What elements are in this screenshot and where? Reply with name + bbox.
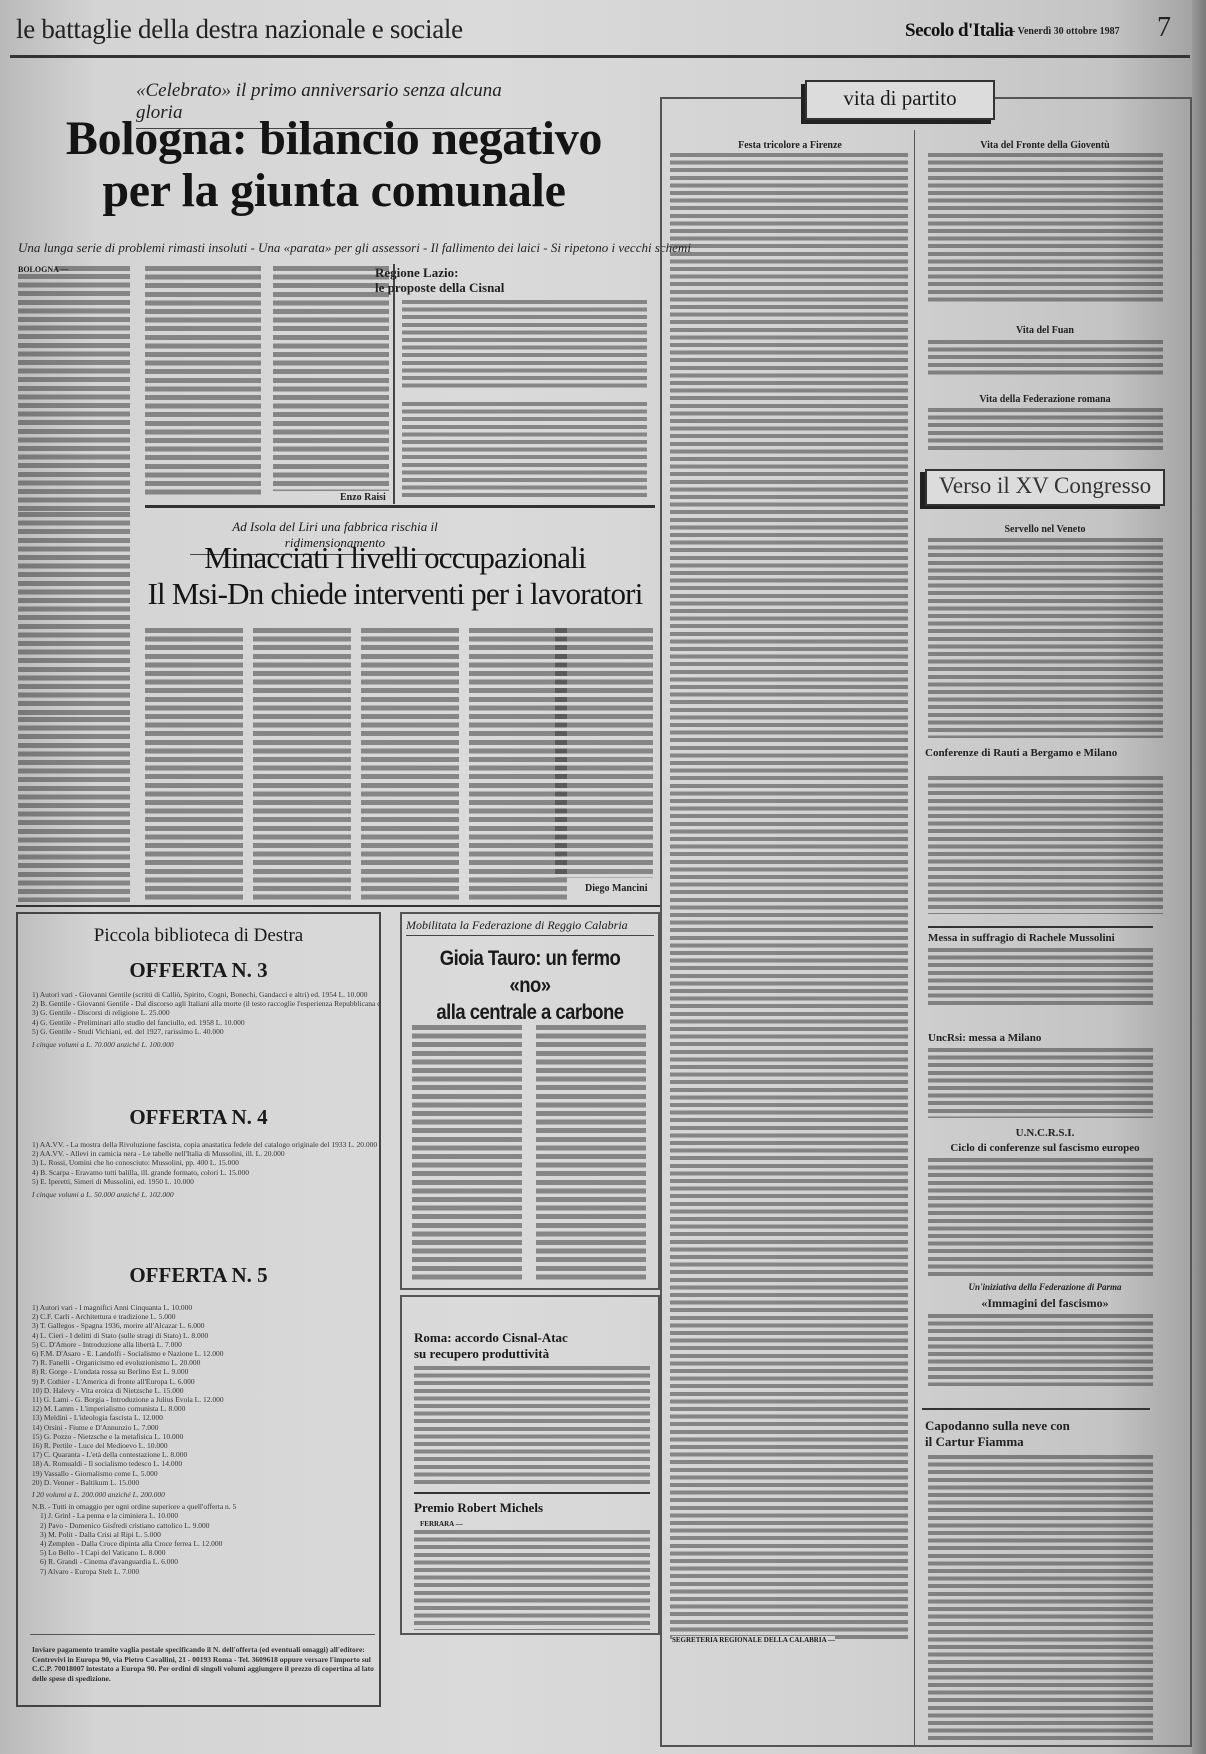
vita-di-partito-label: vita di partito: [805, 86, 995, 111]
offer-item: 15) G. Pozzo - Nietzsche e la metafisica…: [32, 1432, 380, 1441]
lazio-headline-line1: Regione Lazio:: [375, 265, 504, 280]
offer-3-heading: OFFERTA N. 3: [16, 958, 381, 983]
fuan-heading: Vita del Fuan: [925, 325, 1165, 336]
offer-item: 7) R. Fanelli - Organicismo ed evoluzion…: [32, 1358, 380, 1367]
offer-item: 4) G. Gentile - Preliminari allo studio …: [32, 1018, 380, 1027]
offer-item: 13) Meldini - L'ideologia fascista L. 12…: [32, 1413, 380, 1422]
capodanno-text: [928, 1455, 1153, 1740]
offer-item: 3) G. Gentile - Discorsi di religione L.…: [32, 1008, 380, 1017]
isola-headline: Minacciati i livelli occupazionali Il Ms…: [130, 540, 660, 612]
page-edge: [1192, 0, 1206, 1754]
offer-item: 9) P. Cothier - L'America di fronte all'…: [32, 1377, 380, 1386]
servello-heading: Servello nel Veneto: [925, 524, 1165, 535]
offer-item: 4) B. Scarpa - Eravamo tutti balilla, il…: [32, 1168, 380, 1177]
isola-column-4: [469, 628, 567, 900]
uncrsi-messa-text: [928, 1048, 1153, 1118]
offer-item: 8) R. Gorge - L'ondata rossa su Berlino …: [32, 1367, 380, 1376]
offer-item: 18) A. Romualdi - Il socialismo tedesco …: [32, 1459, 380, 1468]
offer-item: 19) Vassallo - Giornalismo come L. 5.000: [32, 1469, 380, 1478]
gioia-headline-line1: Gioia Tauro: un fermo «no»: [421, 945, 639, 999]
gioia-headline: Gioia Tauro: un fermo «no» alla centrale…: [421, 945, 639, 1026]
rachele-text: [928, 948, 1153, 1006]
offer-item: 5) E. Iperetti, Simeri di Mussolini, ed.…: [32, 1177, 380, 1186]
isola-headline-line2: Il Msi-Dn chiede interventi per i lavora…: [130, 576, 660, 612]
omaggi-header: N.B. - Tutti in omaggio per ogni ordine …: [32, 1502, 380, 1511]
capodanno-heading: Capodanno sulla neve con il Cartur Fiamm…: [925, 1418, 1075, 1450]
calabria-segreteria: SEGRETERIA REGIONALE DELLA CALABRIA —: [672, 1636, 835, 1644]
offer-item: 4) L. Cieri - I delitti di Stato (sulle …: [32, 1331, 380, 1340]
omaggio-item: 2) Pavo - Domenico Gisfredi cristiano ca…: [32, 1521, 380, 1530]
roma-text: [414, 1366, 650, 1484]
servello-text: [928, 538, 1163, 738]
rauti-text: [928, 776, 1163, 914]
festa-tricolore-heading: Festa tricolore a Firenze: [670, 140, 910, 151]
section-kicker: le battaglie della destra nazionale e so…: [16, 14, 463, 45]
offer-item: 3) L. Rossi, Uomini che ho conosciuto: M…: [32, 1158, 380, 1167]
offer-item: 5) G. Gentile - Studi Vichiani, ed. del …: [32, 1027, 380, 1036]
fuan-text: [928, 340, 1163, 376]
bologna-subtitle: Una lunga serie di problemi rimasti inso…: [18, 240, 658, 256]
offer-item: 20) D. Venner - Baltikum L. 15.000: [32, 1478, 380, 1487]
offer-item: 1) Autori vari - I magnifici Anni Cinqua…: [32, 1303, 380, 1312]
bologna-column-2: [145, 266, 261, 496]
vita-rule: [928, 926, 1153, 928]
fronte-gioventu-text: [928, 153, 1163, 303]
offer-4-list: 1) AA.VV. - La mostra della Rivoluzione …: [32, 1140, 380, 1199]
offer-item: 17) C. Quaranta - L'età della contestazi…: [32, 1450, 380, 1459]
immagini-fascismo-heading: «Immagini del fascismo»: [925, 1296, 1165, 1311]
offer-note: I cinque volumi a L. 70.000 anziché L. 1…: [32, 1040, 380, 1049]
offer-item: 1) AA.VV. - La mostra della Rivoluzione …: [32, 1140, 380, 1149]
offer-3-list: 1) Autori vari - Giovanni Gentile (scrit…: [32, 990, 380, 1049]
xv-congresso-label: Verso il XV Congresso: [925, 473, 1165, 499]
order-instructions: Inviare pagamento tramite vaglia postale…: [32, 1645, 377, 1683]
bologna-column-3: [273, 266, 389, 491]
offer-item: 14) Orsini - Fiume e D'Annunzio L. 7.000: [32, 1423, 380, 1432]
fronte-gioventu-heading: Vita del Fronte della Gioventù: [925, 140, 1165, 151]
federazione-romana-heading: Vita della Federazione romana: [925, 394, 1165, 405]
offer-item: 10) D. Halevy - Vita eroica di Nietzsche…: [32, 1386, 380, 1395]
isola-column-3: [361, 628, 459, 900]
bologna-text-lead: [55, 266, 130, 272]
offer-item: 12) M. Lamm - L'imperialismo comunista L…: [32, 1404, 380, 1413]
biblioteca-title: Piccola biblioteca di Destra: [16, 925, 381, 947]
uncrsi-subheading: Ciclo di conferenze sul fascismo europeo: [925, 1142, 1165, 1154]
omaggio-item: 5) Lo Bello - I Capi del Vaticano L. 8.0…: [32, 1548, 380, 1557]
michels-headline: Premio Robert Michels: [414, 1500, 543, 1516]
isola-headline-line1: Minacciati i livelli occupazionali: [130, 540, 660, 576]
bologna-headline: Bologna: bilancio negativo per la giunta…: [44, 113, 624, 217]
rachele-heading: Messa in suffragio di Rachele Mussolini: [928, 932, 1168, 944]
issue-date: - Venerdì 30 ottobre 1987: [1012, 26, 1120, 37]
vita-rule-2: [922, 1408, 1150, 1410]
uncrsi-text: [928, 1158, 1153, 1278]
michels-dateline: FERRARA —: [420, 1520, 463, 1528]
immagini-fascismo-text: [928, 1314, 1153, 1386]
gioia-headline-line2: alla centrale a carbone: [421, 999, 639, 1026]
roma-rule: [414, 1492, 650, 1494]
omaggio-item: 7) Alvaro - Europa Stelt L. 7.000: [32, 1567, 380, 1576]
vita-column-1-text: [670, 153, 908, 1640]
lazio-headline-line2: le proposte della Cisnal: [375, 280, 504, 295]
gioia-column-1: [412, 1025, 522, 1283]
omaggio-item: 3) M. Polit - Dalla Crisi al Ripi L. 5.0…: [32, 1530, 380, 1539]
paper-name: Secolo d'Italia: [905, 20, 1013, 42]
isola-column-2: [253, 628, 351, 900]
roma-headline: Roma: accordo Cisnal-Atac su recupero pr…: [414, 1330, 568, 1362]
michels-text: [414, 1530, 650, 1630]
offer-item: 2) C.F. Carli - Architettura e tradizion…: [32, 1312, 380, 1321]
masthead-rule: [10, 55, 1190, 58]
lazio-text-2: [402, 402, 647, 497]
column-divider: [393, 264, 395, 504]
isola-column-5: [555, 628, 653, 878]
omaggio-item: 4) Zemplen - Dalla Croce dipinta alla Cr…: [32, 1539, 380, 1548]
offer-4-heading: OFFERTA N. 4: [16, 1105, 381, 1130]
roma-headline-line2: su recupero produttività: [414, 1346, 568, 1362]
offer-item: 6) F.M. D'Asaro - E. Landolfi - Socialis…: [32, 1349, 380, 1358]
isola-column-1: [145, 628, 243, 900]
gioia-overline: Mobilitata la Federazione di Reggio Cala…: [406, 918, 654, 936]
offer-5-list: 1) Autori vari - I magnifici Anni Cinqua…: [32, 1303, 380, 1576]
bologna-column-1b: [18, 512, 130, 717]
federazione-romana-text: [928, 408, 1163, 452]
vita-column-divider: [914, 130, 915, 1745]
offer-item: 11) G. Lami - G. Borgia - Introduzione a…: [32, 1395, 380, 1404]
offer-item: 5) C. D'Amore - Introduzione alla libert…: [32, 1340, 380, 1349]
offer-item: 1) Autori vari - Giovanni Gentile (scrit…: [32, 990, 380, 999]
bologna-column-1c: [18, 717, 130, 902]
lazio-text-1: [402, 300, 647, 390]
offer-5-heading: OFFERTA N. 5: [16, 1263, 381, 1288]
offer-note: I cinque volumi a L. 50.000 anziché L. 1…: [32, 1190, 380, 1199]
roma-headline-line1: Roma: accordo Cisnal-Atac: [414, 1330, 568, 1346]
section-rule: [16, 905, 661, 907]
uncrsi-heading: U.N.C.R.S.I.: [925, 1127, 1165, 1139]
order-rule: [30, 1634, 375, 1635]
offer-item: 2) AA.VV. - Allevi in camicia nera - Le …: [32, 1149, 380, 1158]
rauti-heading: Conferenze di Rauti a Bergamo e Milano: [925, 747, 1165, 759]
omaggio-item: 6) R. Grandi - Cinema d'avanguardia L. 6…: [32, 1557, 380, 1566]
parma-overline: Un'iniziativa della Federazione di Parma: [925, 1282, 1165, 1292]
page-number: 7: [1157, 12, 1171, 44]
isola-byline: Diego Mancini: [585, 883, 648, 894]
gioia-column-2: [536, 1025, 646, 1283]
offer-item: 2) B. Gentile - Giovanni Gentile - Dal d…: [32, 999, 380, 1008]
offer-item: 16) R. Pertile - Luce del Medioevo L. 10…: [32, 1441, 380, 1450]
bologna-byline: Enzo Raisi: [340, 492, 386, 503]
article-rule: [145, 505, 655, 508]
bologna-column-1: [18, 274, 130, 512]
uncrsi-messa-heading: UncRsi: messa a Milano: [928, 1032, 1168, 1044]
lazio-headline: Regione Lazio: le proposte della Cisnal: [375, 265, 504, 295]
offer-item: 3) T. Gallegos - Spagna 1936, morire all…: [32, 1321, 380, 1330]
offer-note: I 20 volumi a L. 200.000 anziché L. 200.…: [32, 1490, 380, 1499]
omaggio-item: 1) J. Grinl - La penna e la ciminiera L.…: [32, 1511, 380, 1520]
